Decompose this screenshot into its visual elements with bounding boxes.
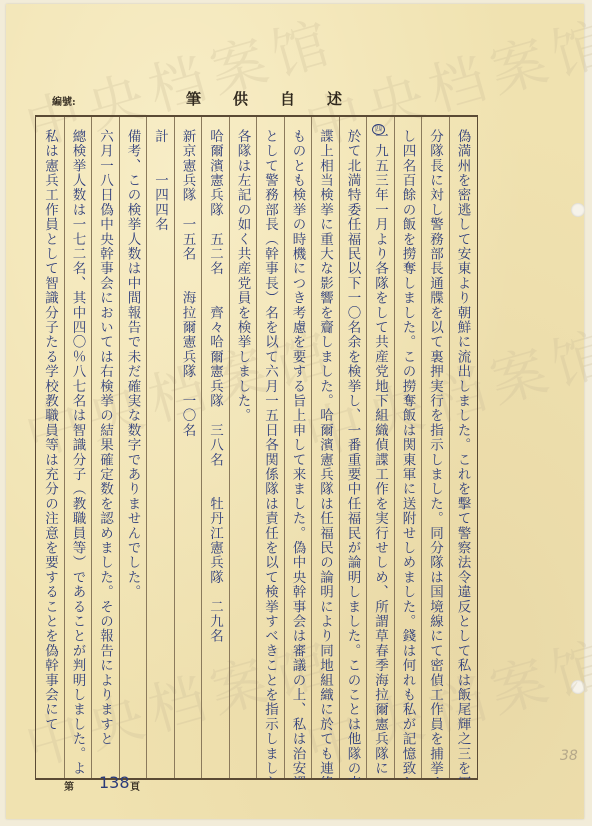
manuscript-column: 哈爾濱憲兵隊 五二名 齊々哈爾憲兵隊 三八名 牡丹江憲兵隊 二九名 (202, 129, 228, 779)
page-number: 138 (99, 773, 130, 792)
archive-number: 38 (560, 748, 578, 764)
manuscript-column: し四名百餘の飯を撈奪しました。この撈奪飯は関東軍に送附せしめました。錢は何れも私… (395, 129, 421, 779)
punch-hole (571, 203, 585, 217)
manuscript-column: 總検挙人数は一七二名、其中四〇％八七名は智識分子（教職員等）であることが判明しま… (65, 129, 91, 779)
manuscript-column: として警務部長（幹事長）名を以て六月一五日各関係隊は責任を以て検挙すべきことを指… (257, 129, 283, 779)
manuscript-column: 備考、この検挙人数は中間報告で未だ確実な数字でありませんでした。 (120, 129, 146, 779)
manuscript-column: 新京憲兵隊 一五名 海拉爾憲兵隊 一〇名 (175, 129, 201, 779)
manuscript-grid: 偽満州を密逃して安東より朝鮮に流出しました。これを擊て警察法令違反として私は飯尾… (35, 115, 478, 780)
manuscript-column: 私は憲兵工作員として智識分子たる学校教職員等は充分の注意を要することを偽幹事会に… (37, 129, 63, 779)
manuscript-column: 偽満州を密逃して安東より朝鮮に流出しました。これを擊て警察法令違反として私は飯尾… (450, 129, 476, 779)
manuscript-column: 分隊長に対し警務部長通牒を以て裏押実行を指示しました。同分隊は国境線にて密偵工作… (422, 129, 448, 779)
document-number-label: 編號: (52, 93, 76, 108)
manuscript-column: ものとも検挙の時機につき考慮を要する旨上申して来ました。偽中央幹事会は審議の上、… (285, 129, 311, 779)
page-prefix: 第 (64, 778, 74, 793)
document-title: 筆供自述 (186, 88, 374, 109)
manuscript-column: 諜上相当検挙に重大な影響を齎しました。哈爾濱憲兵隊は任福民の論明により同地組織に… (312, 129, 338, 779)
page-suffix: 頁 (130, 778, 140, 793)
section-marker: 四 (372, 124, 385, 135)
punch-hole (571, 680, 585, 694)
manuscript-column: 計 一四四名 (147, 129, 173, 779)
manuscript-column: 六月一八日偽中央幹事会においては右検挙の結果確定数を認めました。その報告によりま… (92, 129, 118, 779)
manuscript-column: 各隊は左記の如く共産党員を検挙しました。 (230, 129, 256, 779)
manuscript-column: 於て北満特委任福民以下一〇名余を検挙し、一番重要中任福民が論明しました。このこと… (340, 129, 366, 779)
manuscript-column: 一九五三年一月より各隊をして共産党地下組織偵諜工作を実行せしめ、所謂草春季海拉爾… (367, 129, 393, 779)
